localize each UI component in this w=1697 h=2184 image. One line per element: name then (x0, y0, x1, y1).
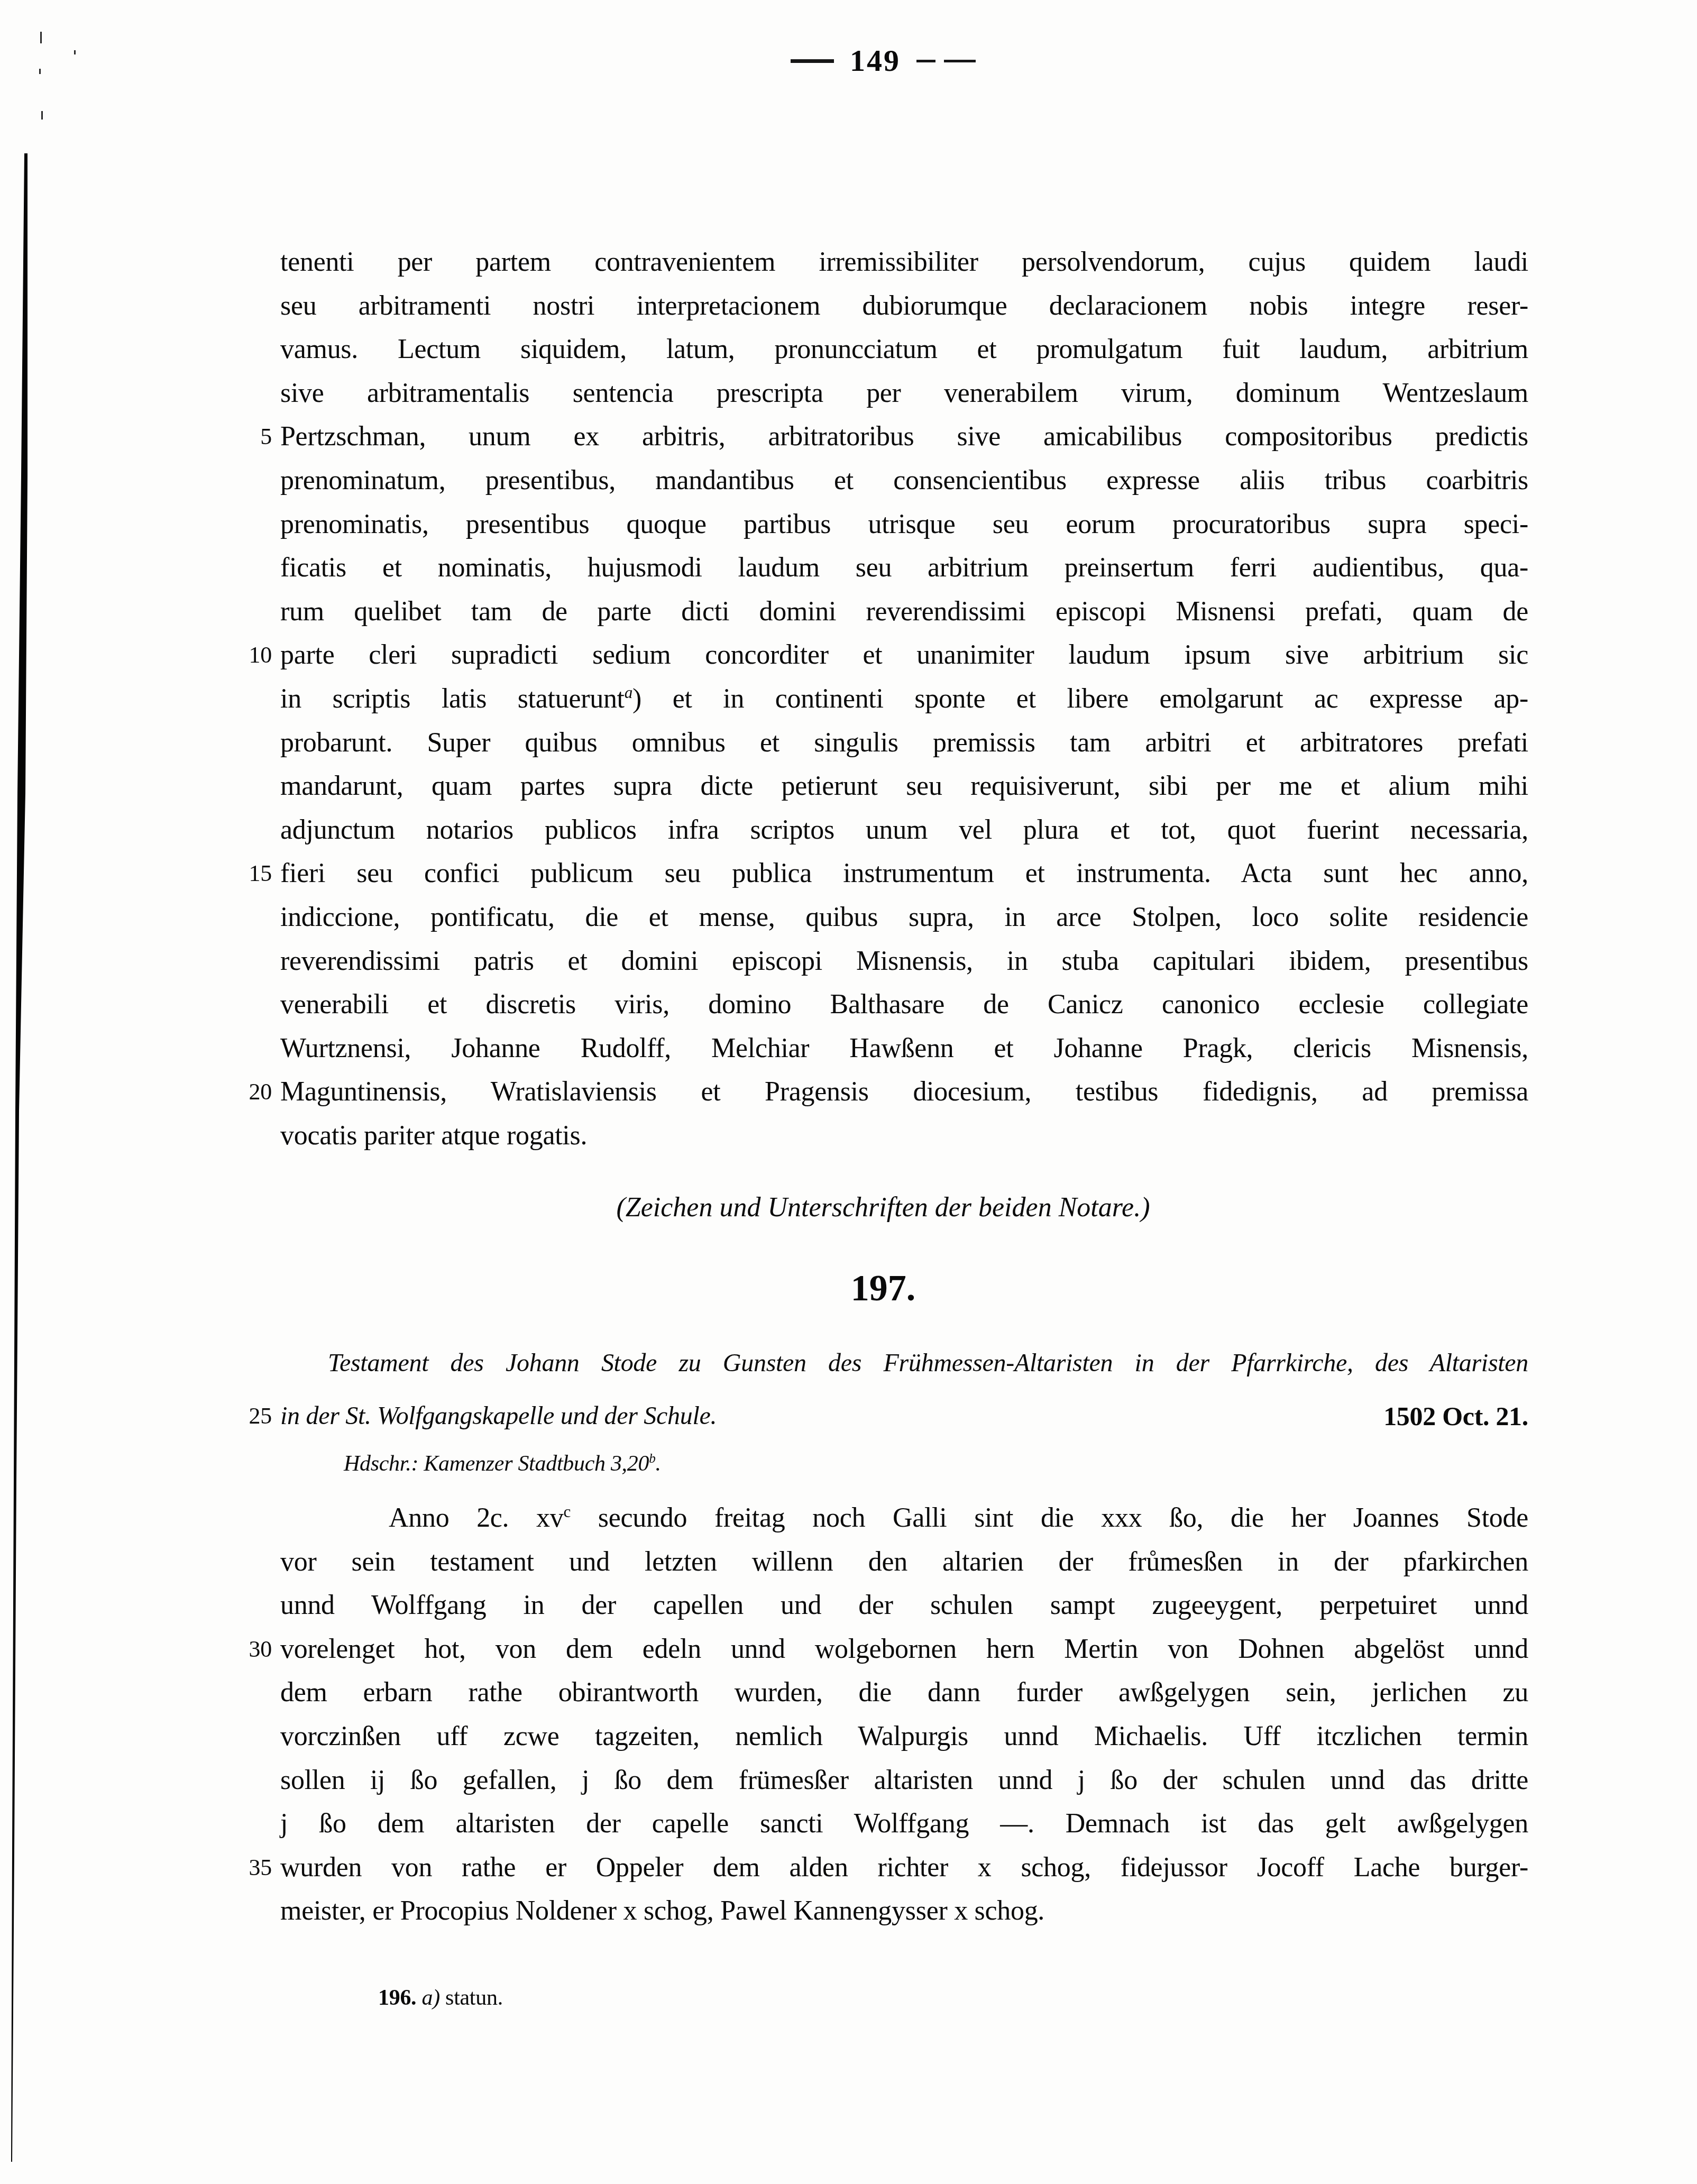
text-part: Hdschr.: Kamenzer Stadtbuch 3,20 (344, 1452, 649, 1476)
footnote: 196. a) statun. (378, 1982, 503, 2014)
page-header: 149 (238, 42, 1528, 79)
text-part: indiccione, pontificatu, die et mense, q… (280, 902, 1528, 932)
header-rule-right-2 (944, 60, 976, 62)
text-part: in scriptis latis statuerunt (280, 684, 625, 714)
line-text: Pertzschman, unum ex arbitris, arbitrato… (280, 415, 1528, 459)
text-part: 196. (378, 1986, 422, 2010)
margin-line-number: 25 (238, 1390, 272, 1443)
text-line: reverendissimi patris et domini episcopi… (238, 940, 1528, 984)
line-text: vamus. Lectum siquidem, latum, pronuncci… (280, 328, 1528, 372)
text-line: 25in der St. Wolfgangskapelle und der Sc… (238, 1390, 1528, 1443)
line-text: reverendissimi patris et domini episcopi… (280, 940, 1528, 984)
text-part: fieri seu confici publicum seu publica i… (280, 858, 1528, 888)
text-part: a) (422, 1986, 446, 2010)
line-text: in der St. Wolfgangskapelle und der Schu… (280, 1390, 1528, 1443)
text-part: parte cleri supradicti sedium concordite… (280, 640, 1528, 670)
text-line: 5Pertzschman, unum ex arbitris, arbitrat… (238, 415, 1528, 459)
margin-line-number: 20 (238, 1070, 272, 1114)
line-text: Maguntinensis, Wratislaviensis et Pragen… (280, 1070, 1528, 1114)
line-text: sive arbitramentalis sentencia prescript… (280, 372, 1528, 416)
footnote-marker: a (625, 683, 632, 702)
entry-date: 1502 Oct. 21. (1383, 1390, 1528, 1443)
text-part: tenenti per partem contravenientem irrem… (280, 247, 1528, 277)
text-line: vorczinßen uff zcwe tagzeiten, nemlich W… (238, 1715, 1528, 1759)
text-part: statun. (445, 1986, 503, 2010)
text-line: 30vorelenget hot, von dem edeln unnd wol… (238, 1628, 1528, 1672)
line-text: ficatis et nominatis, hujusmodi laudum s… (280, 546, 1528, 590)
text-line: dem erbarn rathe obirantworth wurden, di… (238, 1671, 1528, 1715)
line-text: fieri seu confici publicum seu publica i… (280, 852, 1528, 896)
text-part: j ßo dem altaristen der capelle sancti W… (280, 1809, 1528, 1839)
text-part: sollen ij ßo gefallen, j ßo dem frümesße… (280, 1765, 1528, 1795)
text-line: Wurtznensi, Johanne Rudolff, Melchiar Ha… (238, 1027, 1528, 1071)
text-part: unnd Wolffgang in der capellen und der s… (280, 1590, 1528, 1620)
text-line: 20Maguntinensis, Wratislaviensis et Prag… (238, 1070, 1528, 1114)
text-line: ficatis et nominatis, hujusmodi laudum s… (238, 546, 1528, 590)
line-text: prenominatum, presentibus, mandantibus e… (280, 459, 1528, 503)
line-text: mandarunt, quam partes supra dicte petie… (280, 765, 1528, 809)
line-text: indiccione, pontificatu, die et mense, q… (280, 896, 1528, 940)
line-text: tenenti per partem contravenientem irrem… (280, 241, 1528, 285)
text-part: vorelenget hot, von dem edeln unnd wolge… (280, 1634, 1528, 1664)
line-text: probarunt. Super quibus omnibus et singu… (280, 721, 1528, 765)
text-line: mandarunt, quam partes supra dicte petie… (238, 765, 1528, 809)
text-line: venerabili et discretis viris, domino Ba… (238, 983, 1528, 1027)
line-text: rum quelibet tam de parte dicti domini r… (280, 590, 1528, 634)
header-rule-left (791, 59, 834, 63)
line-text: sollen ij ßo gefallen, j ßo dem frümesße… (280, 1759, 1528, 1803)
text-part: prenominatum, presentibus, mandantibus e… (280, 465, 1528, 495)
text-part: seu arbitramenti nostri interpretacionem… (280, 291, 1528, 321)
text-line: vocatis pariter atque rogatis. (238, 1114, 1528, 1158)
scan-speck (40, 32, 42, 43)
summary-text: in der St. Wolfgangskapelle und der Schu… (280, 1390, 717, 1443)
text-part: prenominatis, presentibus quoque partibu… (280, 509, 1528, 539)
text-part: vorczinßen uff zcwe tagzeiten, nemlich W… (280, 1721, 1528, 1751)
text-line: tenenti per partem contravenientem irrem… (238, 241, 1528, 285)
line-text: adjunctum notarios publicos infra script… (280, 809, 1528, 852)
line-text: 196. a) statun. (378, 1982, 503, 2014)
text-part: vocatis pariter atque rogatis. (280, 1121, 587, 1151)
text-line: meister, er Procopius Noldener x schog, … (238, 1889, 1528, 1933)
text-line: adjunctum notarios publicos infra script… (238, 809, 1528, 852)
text-line: 196. a) statun. (378, 1982, 503, 2014)
text-line: unnd Wolffgang in der capellen und der s… (238, 1584, 1528, 1628)
text-part: Testament des Johann Stode zu Gunsten de… (328, 1349, 1528, 1377)
scan-artifact (0, 0, 37, 2184)
margin-line-number: 5 (238, 415, 272, 459)
text-line: probarunt. Super quibus omnibus et singu… (238, 721, 1528, 765)
source-reference: Hdschr.: Kamenzer Stadtbuch 3,20b. (344, 1448, 661, 1480)
line-text: parte cleri supradicti sedium concordite… (280, 634, 1528, 677)
line-text: seu arbitramenti nostri interpretacionem… (280, 285, 1528, 328)
german-text-block: Anno 2c. xvc secundo freitag noch Galli … (238, 1497, 1528, 1933)
text-line: sive arbitramentalis sentencia prescript… (238, 372, 1528, 416)
text-part: mandarunt, quam partes supra dicte petie… (280, 771, 1528, 801)
text-line: prenominatis, presentibus quoque partibu… (238, 503, 1528, 547)
text-part: dem erbarn rathe obirantworth wurden, di… (280, 1677, 1528, 1708)
footnote-marker: b (649, 1452, 655, 1466)
line-text: unnd Wolffgang in der capellen und der s… (280, 1584, 1528, 1628)
line-text: dem erbarn rathe obirantworth wurden, di… (280, 1671, 1528, 1715)
line-text: venerabili et discretis viris, domino Ba… (280, 983, 1528, 1027)
entry-number-heading: 197. (238, 1265, 1528, 1313)
text-line: vor sein testament und letzten willenn d… (238, 1540, 1528, 1584)
scan-speck (39, 69, 41, 74)
text-part: in der St. Wolfgangskapelle und der Schu… (280, 1402, 717, 1430)
line-text: prenominatis, presentibus quoque partibu… (280, 503, 1528, 547)
line-text: Wurtznensi, Johanne Rudolff, Melchiar Ha… (280, 1027, 1528, 1071)
text-line: sollen ij ßo gefallen, j ßo dem frümesße… (238, 1759, 1528, 1803)
text-part: sive arbitramentalis sentencia prescript… (280, 378, 1528, 408)
text-part: meister, er Procopius Noldener x schog, … (280, 1896, 1044, 1926)
line-text: Anno 2c. xvc secundo freitag noch Galli … (280, 1497, 1528, 1540)
text-part: Anno 2c. xv (389, 1503, 564, 1533)
margin-line-number: 15 (238, 852, 272, 896)
line-text: in scriptis latis statuerunta) et in con… (280, 677, 1528, 721)
text-part: vamus. Lectum siquidem, latum, pronuncci… (280, 334, 1528, 364)
page-number: 149 (850, 42, 901, 79)
text-part: Wurtznensi, Johanne Rudolff, Melchiar Ha… (280, 1033, 1528, 1063)
line-text: vorelenget hot, von dem edeln unnd wolge… (280, 1628, 1528, 1672)
text-line: seu arbitramenti nostri interpretacionem… (238, 285, 1528, 328)
text-part: ) et in continenti sponte et libere emol… (632, 684, 1528, 714)
margin-line-number: 35 (238, 1846, 272, 1890)
text-line: Hdschr.: Kamenzer Stadtbuch 3,20b. (344, 1448, 661, 1480)
text-part: adjunctum notarios publicos infra script… (280, 815, 1528, 845)
text-part: secundo freitag noch Galli sint die xxx … (571, 1503, 1528, 1533)
text-part: Pertzschman, unum ex arbitris, arbitrato… (280, 421, 1528, 452)
text-part: vor sein testament und letzten willenn d… (280, 1547, 1528, 1577)
text-part: ficatis et nominatis, hujusmodi laudum s… (280, 553, 1528, 583)
line-text: vorczinßen uff zcwe tagzeiten, nemlich W… (280, 1715, 1528, 1759)
line-text: j ßo dem altaristen der capelle sancti W… (280, 1802, 1528, 1846)
line-text: Hdschr.: Kamenzer Stadtbuch 3,20b. (344, 1448, 661, 1480)
text-part: venerabili et discretis viris, domino Ba… (280, 989, 1528, 1020)
scan-speck (41, 111, 43, 120)
line-text: Testament des Johann Stode zu Gunsten de… (280, 1337, 1528, 1390)
text-line: 35wurden von rathe er Oppeler dem alden … (238, 1846, 1528, 1890)
notary-signature-note: (Zeichen und Unterschriften der beiden N… (238, 1186, 1528, 1229)
text-part: Maguntinensis, Wratislaviensis et Pragen… (280, 1077, 1528, 1107)
header-rule-right (916, 60, 935, 62)
text-line: Testament des Johann Stode zu Gunsten de… (238, 1337, 1528, 1390)
text-line: 15fieri seu confici publicum seu publica… (238, 852, 1528, 896)
text-part: reverendissimi patris et domini episcopi… (280, 946, 1528, 976)
text-part: . (656, 1452, 661, 1476)
text-line: Anno 2c. xvc secundo freitag noch Galli … (238, 1497, 1528, 1540)
margin-line-number: 10 (238, 634, 272, 677)
text-line: indiccione, pontificatu, die et mense, q… (238, 896, 1528, 940)
line-text: vor sein testament und letzten willenn d… (280, 1540, 1528, 1584)
text-line: rum quelibet tam de parte dicti domini r… (238, 590, 1528, 634)
footnote-marker: c (564, 1502, 571, 1521)
text-line: in scriptis latis statuerunta) et in con… (238, 677, 1528, 721)
text-line: j ßo dem altaristen der capelle sancti W… (238, 1802, 1528, 1846)
text-line: 10parte cleri supradicti sedium concordi… (238, 634, 1528, 677)
text-part: rum quelibet tam de parte dicti domini r… (280, 597, 1528, 627)
scan-speck (74, 50, 76, 54)
entry-summary: Testament des Johann Stode zu Gunsten de… (238, 1337, 1528, 1443)
scanned-book-page: 149 tenenti per partem contravenientem i… (0, 0, 1697, 2184)
margin-line-number: 30 (238, 1628, 272, 1672)
text-part: probarunt. Super quibus omnibus et singu… (280, 728, 1528, 758)
line-text: meister, er Procopius Noldener x schog, … (280, 1889, 1528, 1933)
text-part: wurden von rathe er Oppeler dem alden ri… (280, 1852, 1528, 1883)
text-line: vamus. Lectum siquidem, latum, pronuncci… (238, 328, 1528, 372)
line-text: vocatis pariter atque rogatis. (280, 1114, 1528, 1158)
text-line: prenominatum, presentibus, mandantibus e… (238, 459, 1528, 503)
latin-text-block: tenenti per partem contravenientem irrem… (238, 241, 1528, 1158)
line-text: wurden von rathe er Oppeler dem alden ri… (280, 1846, 1528, 1890)
